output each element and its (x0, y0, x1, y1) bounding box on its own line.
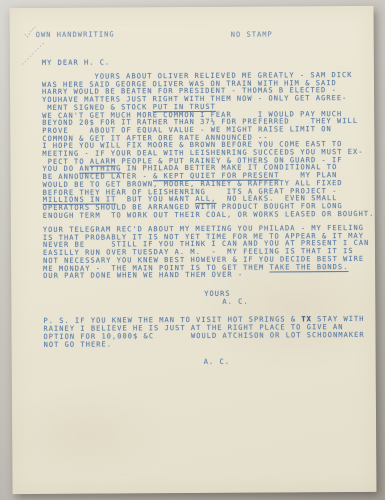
letter-text: STAY WITH (312, 315, 365, 323)
annotation-own-handwriting: OWN HANDWRITING (36, 31, 115, 39)
postscript-signature: A. C. (204, 359, 230, 367)
letter-line: OUR PART DONE WHEN WE HAND THEM OVER - (43, 271, 369, 281)
postscript: P. S. IF YOU KNEW THE MAN TO VISIT HOT S… (43, 315, 364, 349)
annotation-no-stamp: NO STAMP (231, 32, 273, 40)
salutation: MY DEAR H. C. (42, 60, 110, 68)
letter-text: ENOUGH TERM TO WORK OUT THEIR COAL, OR W… (43, 210, 375, 220)
paragraph-2: YOUR TELEGRAM REC'D ABOUT MY MEETING YOU… (43, 225, 370, 281)
paragraph-1: YOURS ABOUT OLIVER RELIEVED ME GREATLY -… (42, 72, 375, 220)
letter-line: ENOUGH TERM TO WORK OUT THEIR COAL, OR W… (43, 211, 375, 221)
letter-text: NOT GO THERE. (44, 340, 112, 348)
underlined-text: TAKE THE BONDS. (269, 263, 348, 271)
letter-paper: OWN HANDWRITING NO STAMP MY DEAR H. C. Y… (10, 6, 377, 494)
signature: A. C. (222, 299, 248, 307)
letter-text: OUR PART DONE WHEN WE HAND THEM OVER - (43, 271, 243, 280)
bold-text: TX (301, 315, 312, 323)
letter-line: NOT GO THERE. (44, 339, 365, 349)
